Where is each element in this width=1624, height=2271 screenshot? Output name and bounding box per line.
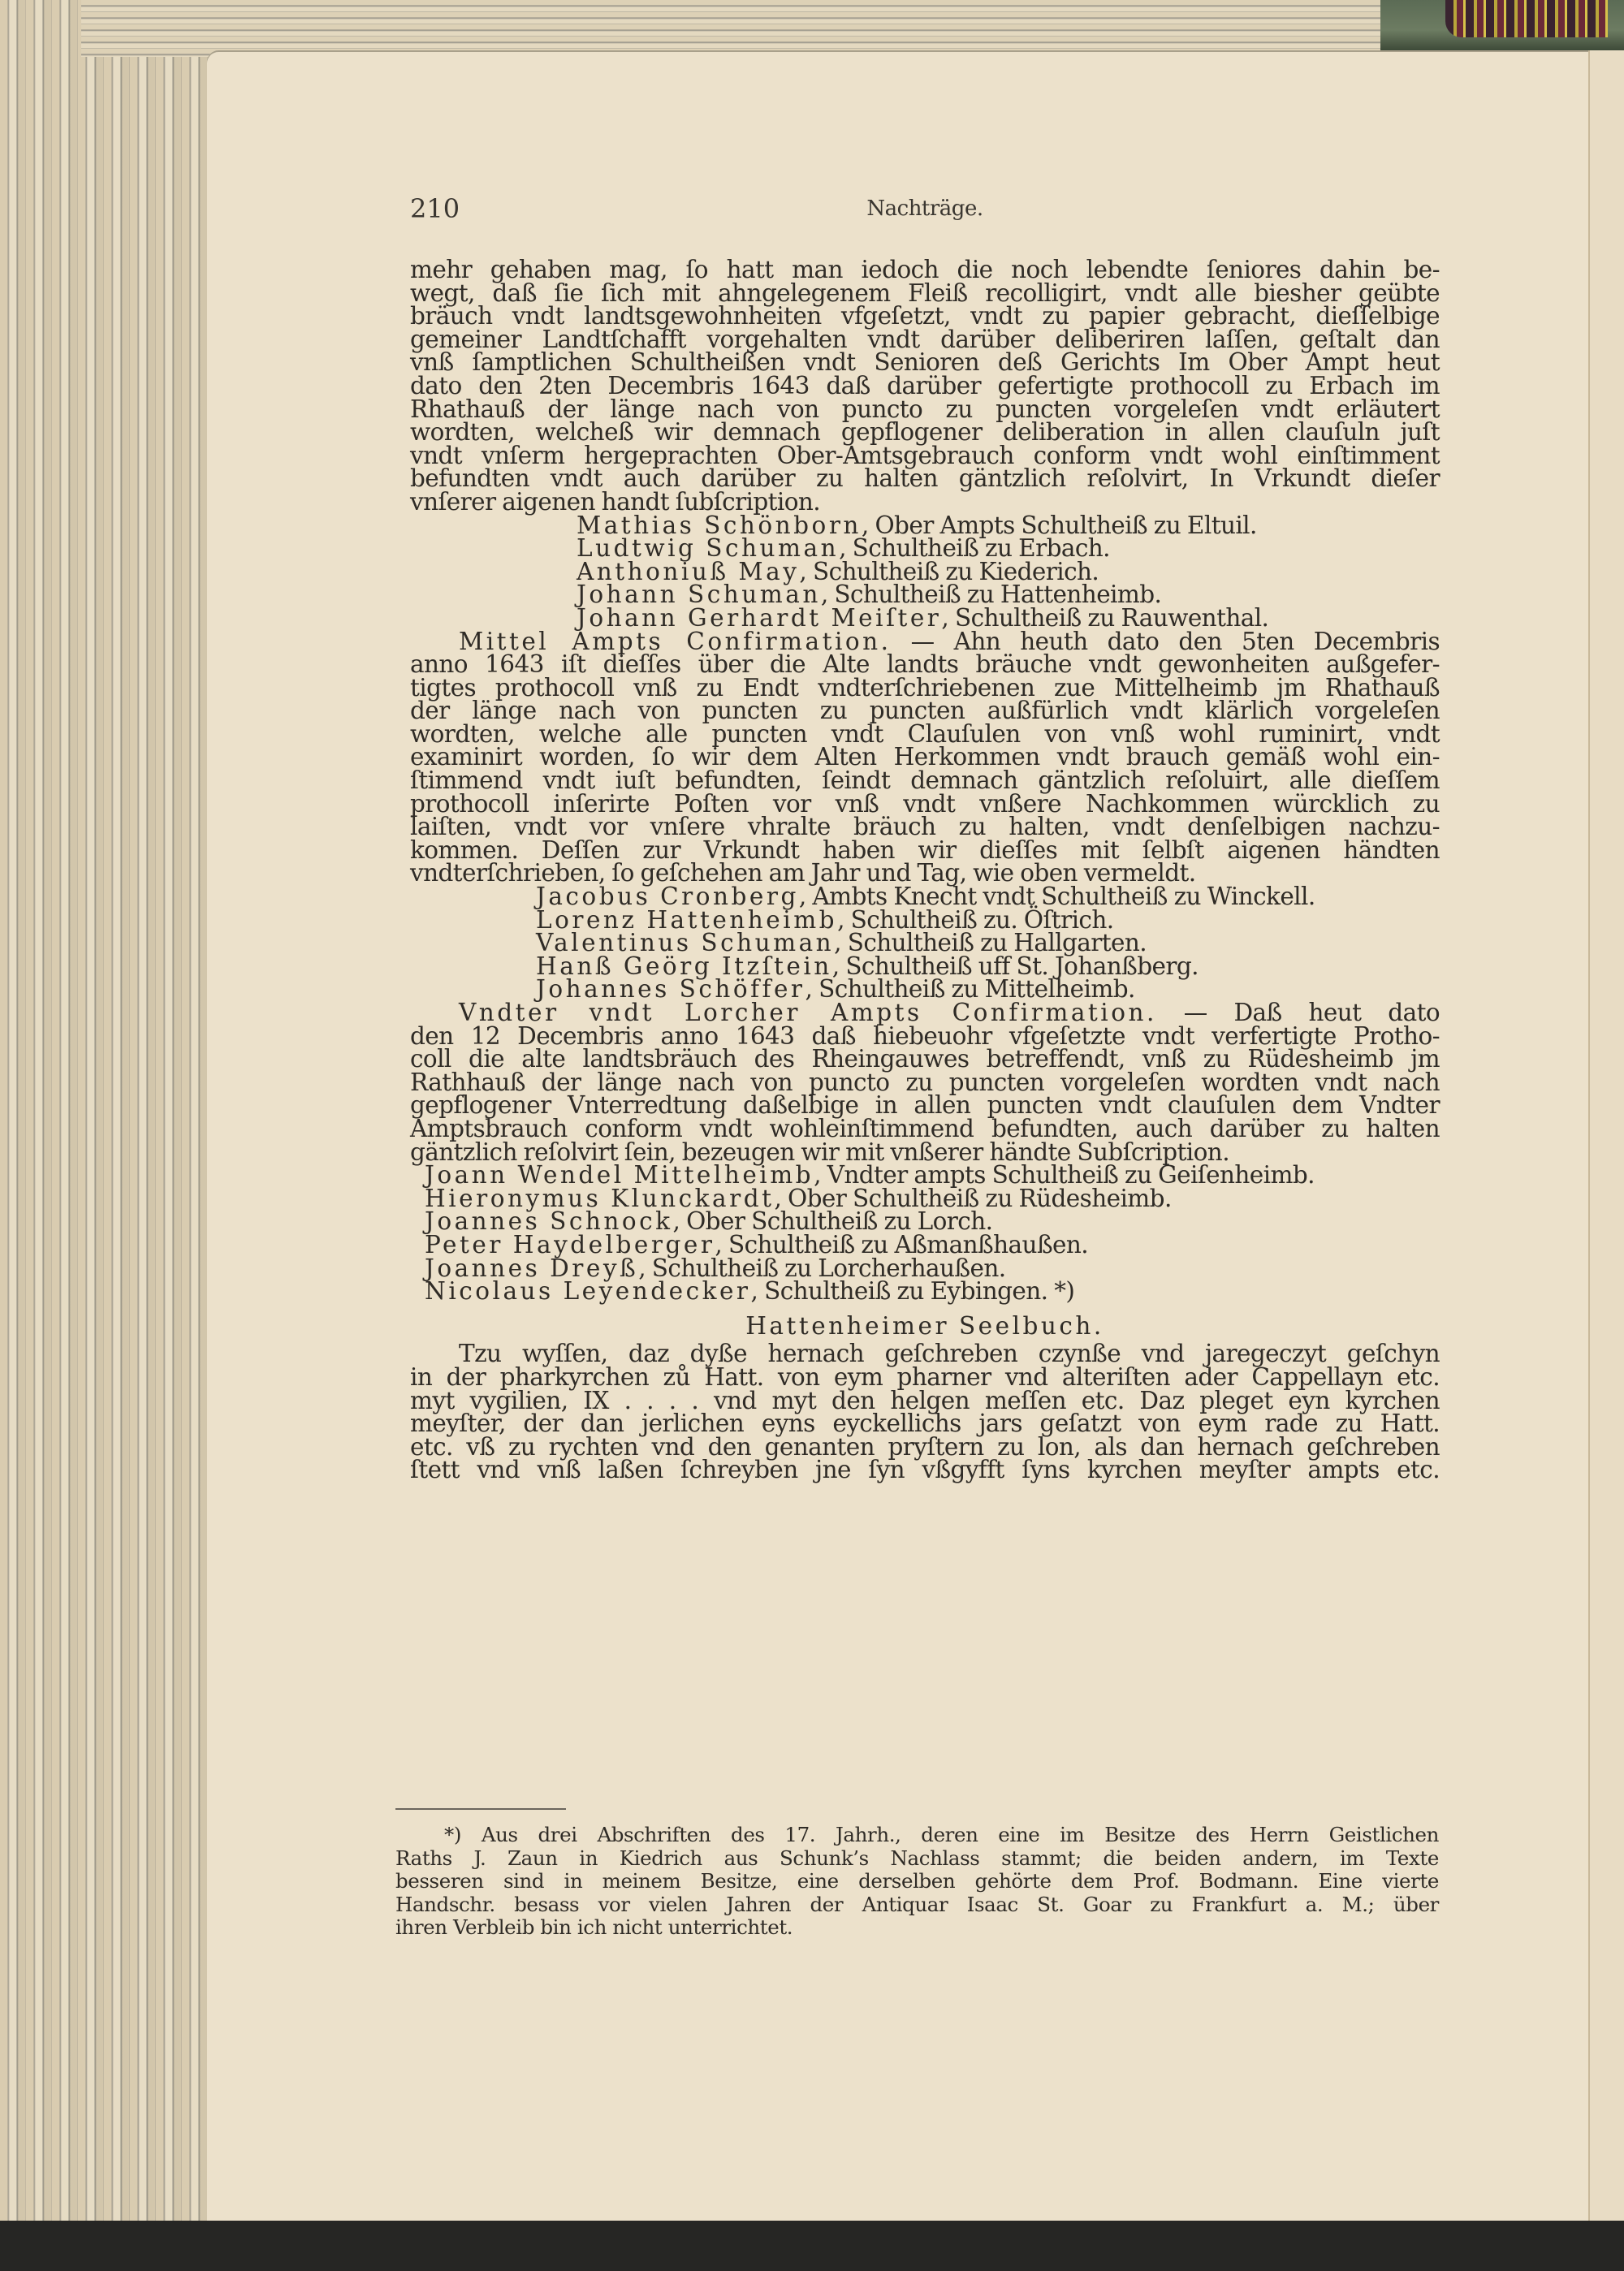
text-line: gemeiner Landtſchafft vorgehalten vndt d… xyxy=(410,328,1440,352)
text-line: Amptsbrauch conform vndt wohleinſtimmend… xyxy=(410,1117,1440,1141)
signatory: Hieronymus Klunckardt, Ober Schultheiß z… xyxy=(425,1187,1440,1211)
footnote-line: *) Aus drei Abschriften des 17. Jahrh., … xyxy=(395,1824,1439,1847)
book-headband xyxy=(1445,0,1608,37)
text-line: etc. vß zu rychten vnd den genanten pryſ… xyxy=(410,1436,1440,1459)
footnote-line: besseren sind in meinem Besitze, eine de… xyxy=(395,1870,1439,1893)
text-line: mehr gehaben mag, ſo hatt man iedoch die… xyxy=(410,258,1440,282)
text-line: kommen. Deſſen zur Vrkundt haben wir die… xyxy=(410,839,1440,862)
footnote-divider xyxy=(395,1808,566,1810)
vndter-signatories: Joann Wendel Mittelheimb, Vndter ampts S… xyxy=(410,1164,1440,1303)
text-line: laiſten, vndt vor vnſere vhralte bräuch … xyxy=(410,815,1440,839)
text-line: wordten, welche alle puncten vndt Clauſu… xyxy=(410,723,1440,746)
footnote-line: ihren Verbleib bin ich nicht unterrichte… xyxy=(395,1916,1439,1940)
signatory: Lorenz Hattenheimb, Schultheiß zu. Öſtri… xyxy=(536,909,1440,932)
signatory: Johann Gerhardt Meiſter, Schultheiß zu R… xyxy=(577,607,1440,630)
section-heading-seelbuch: Hattenheimer Seelbuch. xyxy=(410,1315,1440,1338)
text-line: vndterſchrieben, ſo geſchehen am Jahr un… xyxy=(410,861,1440,885)
text-line: vnſerer aigenen handt ſubſcription. xyxy=(410,490,1440,514)
section-first-line: Vndter vndt Lorcher Ampts Confirmation. … xyxy=(410,1001,1440,1025)
facing-page-edge xyxy=(1588,50,1624,2226)
text-line: gäntzlich reſolvirt ſein, bezeugen wir m… xyxy=(410,1141,1440,1164)
text-line: prothocoll inſerirte Poſten vor vnß vndt… xyxy=(410,792,1440,816)
text-line: vndt vnſerm hergeprachten Ober-Amtsgebra… xyxy=(410,444,1440,468)
text-line: tigtes prothocoll vnß zu Endt vndterſchr… xyxy=(410,676,1440,700)
signatory: Johannes Schöffer, Schultheiß zu Mittelh… xyxy=(536,978,1440,1001)
signatory: Nicolaus Leyendecker, Schultheiß zu Eybi… xyxy=(425,1280,1440,1303)
page-header: 210 Nachträge. xyxy=(410,193,1440,226)
text-line: ſtett vnd vnß laßen ſchreyben jne ſyn vß… xyxy=(410,1458,1440,1482)
text-line: gepflogener Vnterredtung daßelbige in al… xyxy=(410,1094,1440,1117)
text-line: Tzu wyſſen, daz dyße hernach geſchreben … xyxy=(410,1342,1440,1366)
page-stack-edges xyxy=(0,0,219,2225)
text-line: vnß ſamptlichen Schultheißen vndt Senior… xyxy=(410,351,1440,374)
signatory: Ludtwig Schuman, Schultheiß zu Erbach. xyxy=(577,537,1440,560)
footnote-marker: *) xyxy=(444,1823,461,1846)
text-line: der länge nach von puncten zu puncten au… xyxy=(410,699,1440,723)
text-line: myt vygilien, IX . . . . vnd myt den hel… xyxy=(410,1389,1440,1413)
text-line: coll die alte landtsbräuch des Rheingauw… xyxy=(410,1047,1440,1071)
text-line: wordten, welcheß wir demnach gepflogener… xyxy=(410,421,1440,444)
text-line: in der pharkyrchen zů Hatt. von eym phar… xyxy=(410,1366,1440,1389)
signatory: Joannes Dreyß, Schultheiß zu Lorcherhauß… xyxy=(425,1257,1440,1280)
text-line: ſtimmend vndt iuſt befundten, ſeindt dem… xyxy=(410,769,1440,792)
signatory: Joann Wendel Mittelheimb, Vndter ampts S… xyxy=(425,1164,1440,1187)
text-line: Rathhauß der länge nach von puncto zu pu… xyxy=(410,1071,1440,1094)
signatory: Anthoniuß May, Schultheiß zu Kiederich. xyxy=(577,560,1440,584)
text-line: befundten vndt auch darüber zu halten gä… xyxy=(410,467,1440,490)
text-line: den 12 Decembris anno 1643 daß hiebeuohr… xyxy=(410,1025,1440,1048)
signatory: Peter Haydelberger, Schultheiß zu Aßmanß… xyxy=(425,1233,1440,1257)
text-line: meyſter, der dan jerlichen eyns eyckelli… xyxy=(410,1412,1440,1436)
section-first-line: Mittel Ampts Confirmation. — Ahn heuth d… xyxy=(410,630,1440,654)
mittelamt-signatories: Jacobus Cronberg, Ambts Knecht vndt Schu… xyxy=(410,885,1440,1001)
text-line: bräuch vndt landtsgewohnheiten vfgeſetzt… xyxy=(410,304,1440,328)
signatory: Joannes Schnock, Ober Schultheiß zu Lorc… xyxy=(425,1210,1440,1233)
running-head: Nachträge. xyxy=(410,196,1440,221)
footnote-line: Raths J. Zaun in Kiedrich aus Schunk’s N… xyxy=(395,1847,1439,1871)
body-text: mehr gehaben mag, ſo hatt man iedoch die… xyxy=(410,258,1440,1482)
signatory: Jacobus Cronberg, Ambts Knecht vndt Schu… xyxy=(536,885,1440,909)
signatory: Valentinus Schuman, Schultheiß zu Hallga… xyxy=(536,931,1440,955)
signatory: Mathias Schönborn, Ober Ampts Schultheiß… xyxy=(577,514,1440,538)
background-surface xyxy=(0,2221,1624,2271)
text-line: examinirt worden, ſo wir dem Alten Herko… xyxy=(410,745,1440,769)
text-line: anno 1643 iſt dieſſes über die Alte land… xyxy=(410,653,1440,676)
footnote-line: Handschr. besass vor vielen Jahren der A… xyxy=(395,1893,1439,1917)
text-line: dato den 2ten Decembris 1643 daß darüber… xyxy=(410,374,1440,398)
text-line: Rhathauß der länge nach von puncto zu pu… xyxy=(410,398,1440,421)
oberamt-signatories: Mathias Schönborn, Ober Ampts Schultheiß… xyxy=(410,514,1440,630)
signatory: Johann Schuman, Schultheiß zu Hattenheim… xyxy=(577,583,1440,607)
text-line: wegt, daß ſie ſich mit ahngelegenem Flei… xyxy=(410,282,1440,305)
footnote: *) Aus drei Abschriften des 17. Jahrh., … xyxy=(395,1824,1439,1940)
signatory: Hanß Geörg Itzſtein, Schultheiß uff St. … xyxy=(536,955,1440,978)
